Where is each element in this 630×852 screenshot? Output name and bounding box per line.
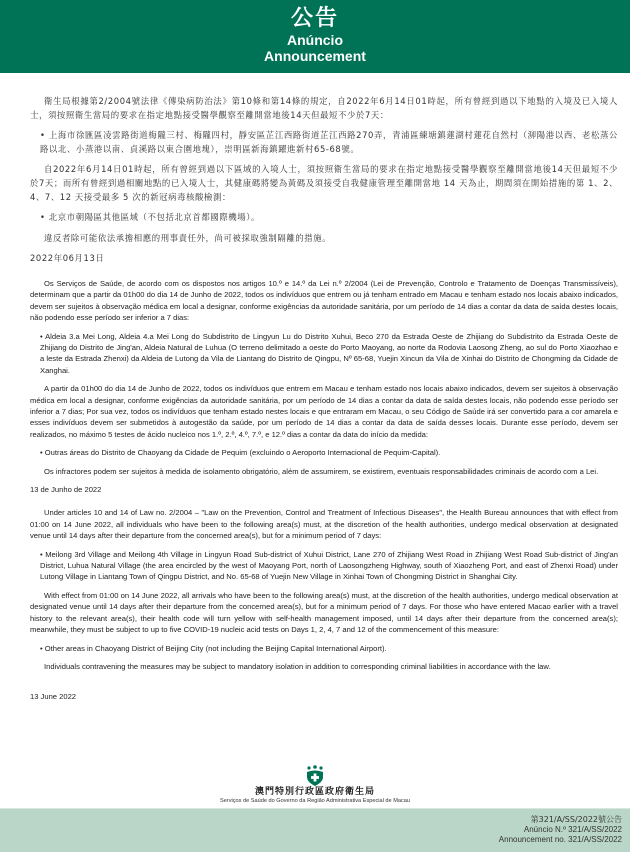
pt-paragraph-3: Os infractores podem ser sujeitos à medi… bbox=[30, 466, 618, 477]
en-paragraph-3: Individuals contravening the measures ma… bbox=[30, 661, 618, 672]
english-section: Under articles 10 and 14 of Law no. 2/20… bbox=[30, 507, 618, 702]
pt-date: 13 de Junho de 2022 bbox=[30, 484, 618, 495]
zh-date: 2022年06月13日 bbox=[30, 252, 618, 266]
en-paragraph-1: Under articles 10 and 14 of Law no. 2/20… bbox=[30, 507, 618, 541]
reference-en: Announcement no. 321/A/SS/2022 bbox=[499, 835, 622, 845]
announcement-body: 衛生局根據第2/2004號法律《傳染病防治法》第10條和第14條的規定，自202… bbox=[30, 95, 618, 703]
announcement-header: 公告 Anúncio Announcement bbox=[0, 0, 630, 73]
en-bullet-2: • Other areas in Chaoyang District of Be… bbox=[30, 643, 618, 654]
chinese-section: 衛生局根據第2/2004號法律《傳染病防治法》第10條和第14條的規定，自202… bbox=[30, 95, 618, 266]
pt-bullet-2: • Outras áreas do Distrito de Chaoyang d… bbox=[30, 447, 618, 458]
zh-paragraph-3: 違反者除可能依法承擔相應的刑事責任外，尚可被採取強制隔離的措施。 bbox=[30, 232, 618, 246]
bureau-name-pt: Serviços de Saúde do Governo da Região A… bbox=[0, 798, 630, 805]
reference-pt: Anúncio N.º 321/A/SS/2022 bbox=[499, 825, 622, 835]
zh-bullet-1: • 上海市徐匯區凌雲路街道梅隴三村、梅隴四村，靜安區芷江西路街道芷江西路270弄… bbox=[30, 129, 618, 156]
pt-bullet-1: • Aldeia 3.a Mei Long, Aldeia 4.a Mei Lo… bbox=[30, 331, 618, 377]
footer-bar: 第321/A/SS/2022號公告 Anúncio N.º 321/A/SS/2… bbox=[0, 808, 630, 852]
en-bullet-1: • Meilong 3rd Village and Meilong 4th Vi… bbox=[30, 549, 618, 583]
pt-paragraph-1: Os Serviços de Saúde, de acordo com os d… bbox=[30, 278, 618, 324]
zh-paragraph-2: 自2022年6月14日01時起，所有曾經到過以下區域的入境人士，須按照衛生當局的… bbox=[30, 163, 618, 204]
health-bureau-logo: 澳門特別行政區政府衛生局 Serviços de Saúde do Govern… bbox=[0, 765, 630, 805]
announcement-reference: 第321/A/SS/2022號公告 Anúncio N.º 321/A/SS/2… bbox=[499, 815, 622, 845]
portuguese-section: Os Serviços de Saúde, de acordo com os d… bbox=[30, 278, 618, 496]
zh-paragraph-1: 衛生局根據第2/2004號法律《傳染病防治法》第10條和第14條的規定，自202… bbox=[30, 95, 618, 122]
pt-paragraph-2: A partir da 01h00 do dia 14 de Junho de … bbox=[30, 383, 618, 440]
en-date: 13 June 2022 bbox=[30, 691, 618, 702]
reference-zh: 第321/A/SS/2022號公告 bbox=[499, 815, 622, 825]
title-pt: Anúncio bbox=[0, 32, 630, 48]
title-zh: 公告 bbox=[0, 0, 630, 32]
en-paragraph-2: With effect from 01:00 on 14 June 2022, … bbox=[30, 590, 618, 636]
title-en: Announcement bbox=[0, 48, 630, 65]
zh-bullet-2: • 北京市朝陽區其他區域（不包括北京首都國際機場）。 bbox=[30, 211, 618, 225]
bureau-name-zh: 澳門特別行政區政府衛生局 bbox=[0, 787, 630, 798]
health-bureau-logo-icon bbox=[305, 765, 325, 787]
